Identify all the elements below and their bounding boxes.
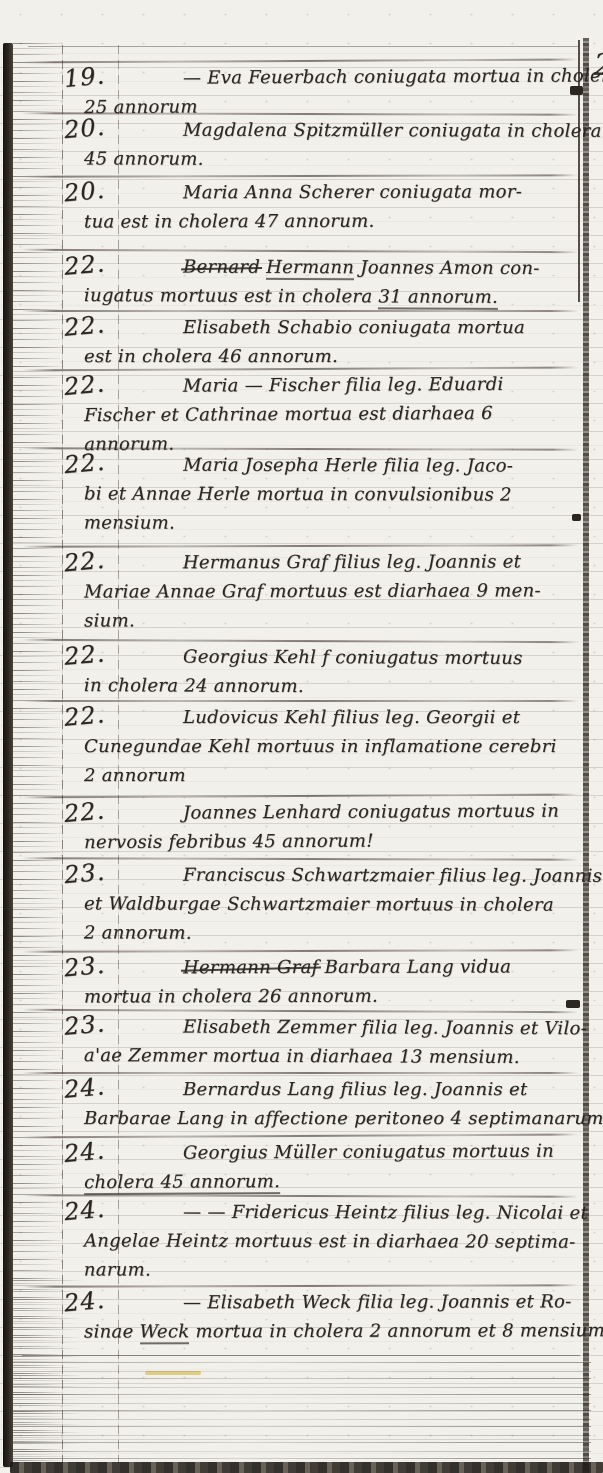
handwritten-text: Hermann — [266, 257, 354, 280]
entry-separator-rule — [22, 1072, 578, 1074]
handwritten-text: Magdalena Spitzmüller coniugata in chole… — [183, 120, 602, 142]
entry-text-line: bi et Annae Herle mortua in convulsionib… — [84, 481, 512, 508]
handwritten-text: Mariae Annae Graf mortuus est diarhaea 9… — [84, 580, 541, 602]
handwritten-text: Maria Josepha Herle filia leg. Jaco- — [183, 455, 513, 477]
register-entry: 22.Maria — Fischer filia leg. EduardiFis… — [0, 366, 592, 449]
entry-text-line: Hermanus Graf filius leg. Joannis et — [183, 549, 521, 576]
entry-text-line: Georgius Müller coniugatus mortuus in — [183, 1139, 554, 1167]
handwritten-text: — Elisabeth Weck filia leg. Joannis et R… — [183, 1291, 572, 1313]
entry-separator-rule — [22, 1284, 578, 1287]
entry-day-number: 23. — [63, 951, 107, 983]
entry-text-line: Barbarae Lang in affectione peritoneo 4 … — [84, 1106, 603, 1132]
entry-text-line: a'ae Zemmer mortua in diarhaea 13 mensiu… — [84, 1043, 520, 1071]
entry-day-number: 20. — [63, 113, 106, 144]
handwritten-text: 2 annorum. — [84, 922, 192, 943]
entry-text-line: Ludovicus Kehl filius leg. Georgii et — [183, 705, 520, 731]
handwritten-text: Georgius Kehl f coniugatus mortuus — [183, 647, 523, 669]
entry-text-line: Georgius Kehl f coniugatus mortuus — [183, 645, 523, 672]
handwritten-text: 31 annorum. — [378, 286, 498, 310]
struck-text: Hermann Graf — [183, 957, 319, 978]
entry-text-line: 2 annorum. — [84, 920, 192, 946]
entry-text-line: Bernardus Lang filius leg. Joannis et — [183, 1077, 528, 1103]
register-entry: 23.Hermann Graf Barbara Lang viduamortua… — [0, 949, 592, 1011]
register-entry: 22.Georgius Kehl f coniugatus mortuusin … — [0, 639, 592, 702]
entry-text-line: narum. — [84, 1257, 151, 1283]
entry-text-line: nervosis febribus 45 annorum! — [84, 829, 374, 857]
entry-text-line: — Eva Feuerbach coniugata mortua in chol… — [183, 63, 603, 91]
entry-text-line: Elisabeth Schabio coniugata mortua — [183, 315, 525, 341]
scanned-register-page: 19.— Eva Feuerbach coniugata mortua in c… — [0, 0, 603, 1473]
handwritten-text: mortua in cholera 2 annorum et 8 mensium… — [189, 1320, 603, 1342]
handwritten-text: Maria — Fischer filia leg. Eduardi — [183, 374, 504, 397]
handwritten-text: Bernardus Lang filius leg. Joannis et — [183, 1079, 528, 1100]
handwritten-text: Franciscus Schwartzmaier filius leg. Joa… — [183, 865, 602, 887]
entry-text-line: Angelae Heintz mortuus est in diarhaea 2… — [84, 1228, 576, 1255]
entry-text-line: mortua in cholera 26 annorum. — [84, 984, 378, 1011]
register-entry: 22.Elisabeth Schabio coniugata mortuaest… — [0, 310, 592, 368]
entry-day-number: 22. — [63, 796, 107, 828]
handwritten-text: Joannes Amon con- — [354, 257, 540, 279]
entry-day-number: 22. — [63, 700, 106, 731]
handwritten-text: Barbarae Lang in affectione peritoneo 4 … — [84, 1108, 603, 1129]
entry-separator-rule — [22, 1194, 578, 1197]
entry-separator-rule — [22, 544, 578, 547]
handwritten-text: iugatus mortuus est in cholera — [84, 285, 379, 307]
register-entry: 23.Elisabeth Zemmer filia leg. Joannis e… — [0, 1009, 592, 1074]
register-entry: 22.Ludovicus Kehl filius leg. Georgii et… — [0, 700, 592, 795]
handwritten-text: Cunegundae Kehl mortuus in inflamatione … — [84, 736, 557, 757]
entry-text-line: Elisabeth Zemmer filia leg. Joannis et V… — [183, 1015, 587, 1043]
register-entry: 19.— Eva Feuerbach coniugata mortua in c… — [0, 58, 592, 114]
entry-day-number: 20. — [63, 176, 107, 208]
handwritten-text: sium. — [84, 610, 135, 631]
entry-text-line: Magdalena Spitzmüller coniugata in chole… — [183, 118, 602, 145]
register-entry: 24.Georgius Müller coniugatus mortuus in… — [0, 1133, 592, 1196]
entry-day-number: 24. — [63, 1195, 106, 1226]
register-entry: 20.Maria Anna Scherer coniugata mor-tua … — [0, 174, 592, 251]
entry-text-line: Franciscus Schwartzmaier filius leg. Joa… — [183, 863, 602, 890]
entry-day-number: 24. — [63, 1286, 107, 1318]
entry-day-number: 23. — [63, 1009, 106, 1040]
handwritten-text: — — Fridericus Heintz filius leg. Nicola… — [183, 1202, 588, 1224]
entry-text-line: sinae Weck mortua in cholera 2 annorum e… — [84, 1318, 603, 1345]
struck-text: Bernard — [183, 257, 260, 278]
handwritten-text: Georgius Müller coniugatus mortuus in — [183, 1141, 554, 1164]
entry-text-line: Mariae Annae Graf mortuus est diarhaea 9… — [84, 578, 541, 605]
entry-text-line: Bernard Hermann Joannes Amon con- — [183, 255, 540, 283]
handwritten-text: Weck — [140, 1321, 190, 1344]
register-entry: 24.— Elisabeth Weck filia leg. Joannis e… — [0, 1284, 592, 1356]
handwritten-text: Fischer et Cathrinae mortua est diarhaea… — [84, 403, 493, 426]
entry-text-line: et Waldburgae Schwartzmaier mortuus in c… — [84, 891, 554, 918]
handwritten-text: Elisabeth Zemmer filia leg. Joannis et V… — [183, 1017, 587, 1040]
register-entry: 22.Maria Josepha Herle filia leg. Jaco-b… — [0, 447, 592, 546]
entry-text-line: Fischer et Cathrinae mortua est diarhaea… — [84, 401, 493, 429]
register-entry: 22.Hermanus Graf filius leg. Joannis etM… — [0, 544, 592, 641]
handwritten-text: a'ae Zemmer mortua in diarhaea 13 mensiu… — [84, 1045, 520, 1068]
entry-day-number: 23. — [63, 858, 106, 889]
entry-day-number: 22. — [63, 448, 106, 479]
entry-text-line: sium. — [84, 608, 135, 634]
handwritten-text: Elisabeth Schabio coniugata mortua — [183, 317, 525, 338]
page-corner-number-fragment: 2 — [594, 48, 603, 83]
handwritten-text: Joannes Lenhard coniugatus mortuus in — [183, 801, 559, 824]
register-entry: 24.Bernardus Lang filius leg. Joannis et… — [0, 1072, 592, 1135]
entry-text-line: Maria Josepha Herle filia leg. Jaco- — [183, 453, 513, 480]
entry-separator-rule — [22, 112, 578, 115]
handwritten-text: Maria Anna Scherer coniugata mor- — [183, 181, 522, 203]
register-entry: 22.Bernard Hermann Joannes Amon con-iuga… — [0, 249, 592, 312]
handwritten-text: Hermanus Graf filius leg. Joannis et — [183, 551, 521, 573]
handwritten-text: Barbara Lang vidua — [319, 956, 512, 978]
handwritten-text: 2 annorum — [84, 765, 186, 786]
entry-day-number: 22. — [63, 639, 106, 670]
handwritten-text: Angelae Heintz mortuus est in diarhaea 2… — [84, 1230, 576, 1252]
entry-text-line: est in cholera 46 annorum. — [84, 344, 338, 370]
entry-separator-rule — [22, 447, 578, 450]
handwritten-text: mensium. — [84, 512, 175, 533]
handwritten-text: in cholera 24 annorum. — [84, 675, 304, 697]
entry-text-line: Joannes Lenhard coniugatus mortuus in — [183, 799, 559, 827]
handwritten-text: et Waldburgae Schwartzmaier mortuus in c… — [84, 893, 554, 915]
register-entry: 22.Joannes Lenhard coniugatus mortuus in… — [0, 793, 592, 859]
entry-separator-rule — [22, 174, 578, 177]
entry-text-line: tua est in cholera 47 annorum. — [84, 209, 375, 236]
register-entry: 20.Magdalena Spitzmüller coniugata in ch… — [0, 112, 592, 176]
handwritten-text: bi et Annae Herle mortua in convulsionib… — [84, 483, 512, 505]
entry-text-line: 45 annorum. — [84, 146, 204, 172]
handwritten-text: sinae — [84, 1321, 140, 1342]
handwritten-text: cholera 45 annorum. — [84, 1171, 280, 1195]
handwritten-text: 45 annorum. — [84, 148, 204, 169]
handwritten-text: est in cholera 46 annorum. — [84, 346, 338, 367]
bottom-dark-scan-band — [10, 1462, 603, 1473]
entry-day-number: 22. — [63, 546, 107, 578]
entry-text-line: mensium. — [84, 510, 175, 536]
top-rule-line — [28, 46, 578, 47]
entry-day-number: 22. — [63, 310, 106, 341]
entry-separator-rule — [22, 310, 578, 312]
entry-text-line: Hermann Graf Barbara Lang vidua — [183, 954, 511, 981]
entry-text-line: iugatus mortuus est in cholera 31 annoru… — [84, 283, 498, 311]
entry-separator-rule — [22, 949, 578, 952]
yellow-highlight-mark — [145, 1371, 201, 1375]
entry-separator-rule — [22, 857, 578, 860]
entry-text-line: cholera 45 annorum. — [84, 1169, 280, 1196]
entry-text-line: — Elisabeth Weck filia leg. Joannis et R… — [183, 1289, 572, 1316]
entry-separator-rule — [22, 59, 578, 64]
handwritten-text: narum. — [84, 1259, 151, 1280]
entry-day-number: 24. — [63, 1136, 107, 1168]
entry-separator-rule — [22, 700, 578, 702]
entry-text-line: — — Fridericus Heintz filius leg. Nicola… — [183, 1200, 588, 1227]
entry-day-number: 19. — [63, 61, 107, 93]
handwritten-text: mortua in cholera 26 annorum. — [84, 986, 378, 1008]
entry-text-line: 2 annorum — [84, 763, 186, 789]
entry-day-number: 22. — [63, 249, 106, 280]
register-entry: 24.— — Fridericus Heintz filius leg. Nic… — [0, 1194, 592, 1286]
handwritten-text: Ludovicus Kehl filius leg. Georgii et — [183, 707, 520, 728]
entry-text-line: in cholera 24 annorum. — [84, 673, 304, 700]
entry-text-line: Maria — Fischer filia leg. Eduardi — [183, 372, 504, 400]
entry-day-number: 24. — [63, 1072, 106, 1103]
bottom-scan-noise — [13, 1362, 591, 1460]
register-entry: 23.Franciscus Schwartzmaier filius leg. … — [0, 857, 592, 951]
handwritten-text: nervosis febribus 45 annorum! — [84, 831, 374, 854]
entry-day-number: 22. — [63, 369, 107, 401]
entry-text-line: Cunegundae Kehl mortuus in inflamatione … — [84, 734, 557, 760]
handwritten-text: tua est in cholera 47 annorum. — [84, 211, 375, 233]
handwritten-text: — Eva Feuerbach coniugata mortua in chol… — [183, 65, 603, 88]
entry-text-line: Maria Anna Scherer coniugata mor- — [183, 179, 522, 206]
